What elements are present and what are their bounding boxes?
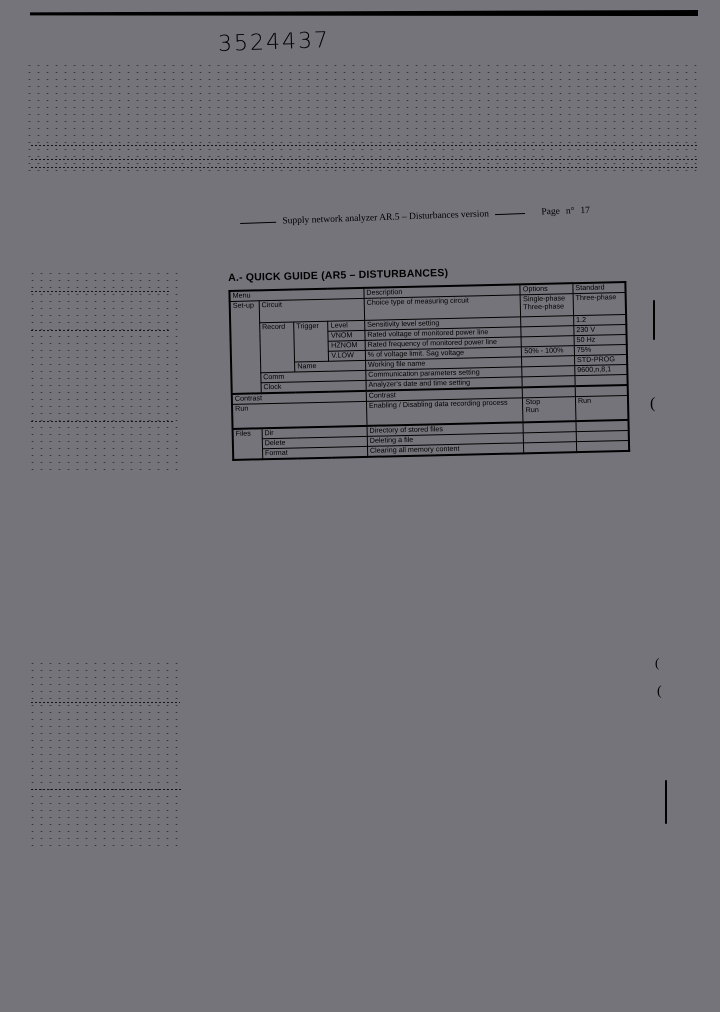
menu-level2: Format <box>262 446 367 459</box>
scan-noise-line <box>30 290 170 293</box>
options-cell: Stop Run <box>523 397 576 422</box>
menu-level2: Record <box>259 322 294 373</box>
header-dash <box>495 213 526 215</box>
scan-edge-mark <box>653 300 655 340</box>
header-dash <box>240 221 276 223</box>
page-number: 17 <box>580 206 590 216</box>
scan-noise-line <box>30 158 698 161</box>
menu-level3: Trigger <box>294 321 329 362</box>
description-cell: Clearing all memory content <box>367 442 524 456</box>
scan-noise-line <box>30 420 175 423</box>
menu-level1: Set-up <box>230 301 261 394</box>
scan-top-border <box>30 10 698 16</box>
standard-cell: Run <box>575 395 628 420</box>
scan-paren-mark: ( <box>650 395 655 413</box>
scan-noise-line <box>30 166 698 169</box>
scan-paren-mark: ( <box>657 684 662 700</box>
standard-cell <box>576 440 629 452</box>
obscured-margin-block <box>28 270 178 470</box>
options-cell: Single-phase Three-phase <box>521 294 574 317</box>
page-label: Page <box>541 207 560 218</box>
obscured-text-block <box>25 62 700 172</box>
header-title: Supply network analyzer AR.5 – Disturban… <box>282 209 489 226</box>
options-cell <box>524 441 577 453</box>
menu-level1: Run <box>232 401 367 428</box>
obscured-margin-block <box>28 660 183 850</box>
scan-noise-line <box>30 701 180 704</box>
standard-cell: Three-phase <box>573 292 626 315</box>
section-title: A.- QUICK GUIDE (AR5 – DISTURBANCES) <box>228 263 628 284</box>
scan-edge-mark <box>665 780 667 824</box>
running-header: Supply network analyzer AR.5 – Disturban… <box>240 206 590 228</box>
scan-noise-line <box>30 788 182 791</box>
description-cell: Enabling / Disabling data recording proc… <box>366 398 523 426</box>
scan-noise-line <box>30 144 698 147</box>
page-number-label: n° <box>566 206 575 216</box>
scan-noise-line <box>30 329 170 332</box>
menu-level2: Circuit <box>259 298 365 322</box>
quick-guide-section: A.- QUICK GUIDE (AR5 – DISTURBANCES) Men… <box>228 263 632 461</box>
quick-guide-table: Menu Description Options Standard Set-up… <box>228 281 630 460</box>
menu-level1: Files <box>233 428 263 460</box>
scan-paren-mark: ( <box>655 655 659 671</box>
handwritten-document-number: 3524437 <box>218 28 331 57</box>
